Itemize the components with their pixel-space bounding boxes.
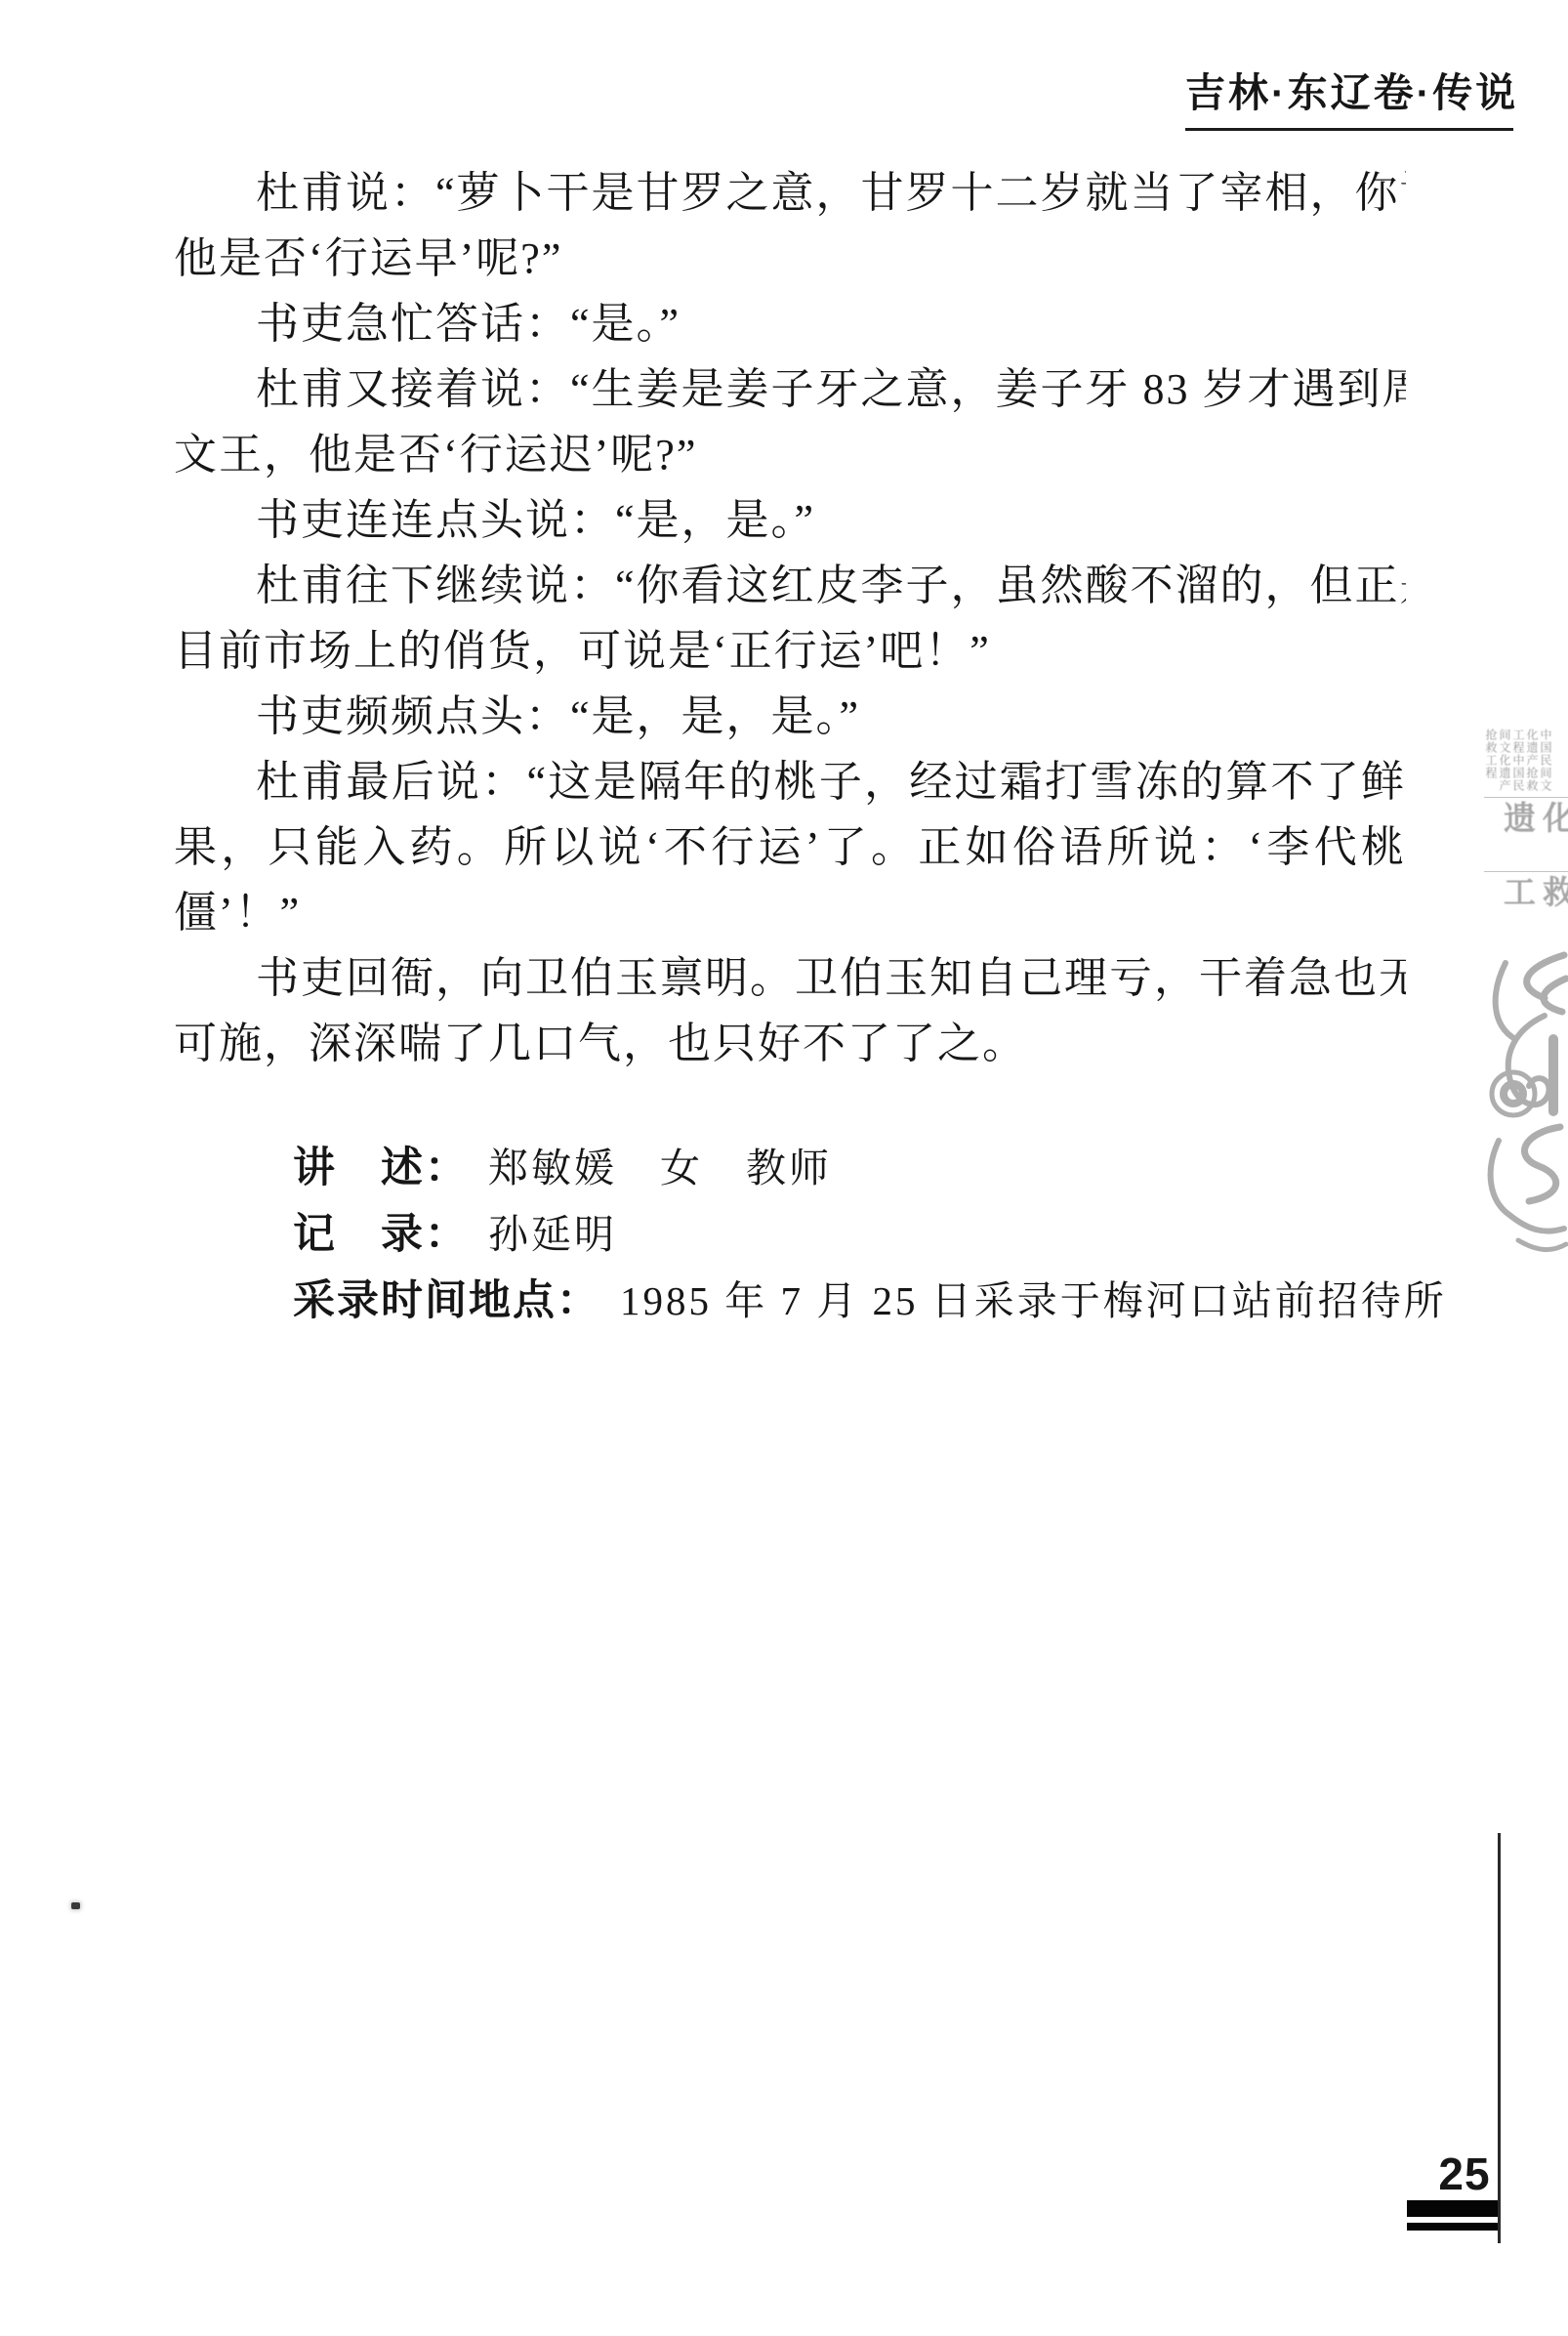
story-line: 杜甫最后说：“这是隔年的桃子，经过霜打雪冻的算不了鲜 xyxy=(174,749,1406,814)
edge-stamp-small-text: 中国民间文化遗产抢救工程中国民间文化遗产抢救工程 xyxy=(1484,729,1552,793)
footer-bar-thin xyxy=(1407,2223,1501,2231)
story-line: 杜甫又接着说：“生姜是姜子牙之意，姜子牙 83 岁才遇到周 xyxy=(174,356,1406,422)
story-line: 目前市场上的俏货，可说是‘正行运’吧！” xyxy=(174,618,1406,684)
story-line: 杜甫往下继续说：“你看这红皮李子，虽然酸不溜的，但正是 xyxy=(174,553,1406,618)
page-edge-line xyxy=(1498,1833,1501,2243)
story-text: 杜甫说：“萝卜干是甘罗之意，甘罗十二岁就当了宰相，你说 他是否‘行运早’呢?” … xyxy=(174,160,1406,1076)
story-line: 杜甫说：“萝卜干是甘罗之意，甘罗十二岁就当了宰相，你说 xyxy=(174,160,1406,226)
edge-stamp-fragment: 抢救工 xyxy=(1498,875,1568,941)
attribution-recorder: 记 录：孙延明 xyxy=(293,1201,1445,1268)
attribution-label: 采录时间地点： xyxy=(293,1277,600,1324)
edge-stamp-fragment: 文化遗 xyxy=(1498,801,1568,867)
story-line: 书吏回衙，向卫伯玉禀明。卫伯玉知自己理亏，干着急也无计 xyxy=(174,945,1406,1011)
story-line: 文王，他是否‘行运迟’呢?” xyxy=(174,422,1406,487)
story-line: 书吏连连点头说：“是，是。” xyxy=(174,487,1406,553)
story-line: 他是否‘行运早’呢?” xyxy=(174,226,1406,291)
story-line: 可施，深深喘了几口气，也只好不了了之。 xyxy=(174,1011,1406,1076)
folk-art-stamp-icon xyxy=(1484,945,1568,1256)
attribution-value: 1985 年 7 月 25 日采录于梅河口站前招待所 xyxy=(620,1278,1445,1323)
story-line: 僵’！” xyxy=(174,880,1406,945)
page-number: 25 xyxy=(1427,2149,1502,2198)
story-line: 书吏急忙答话：“是。” xyxy=(174,291,1406,356)
running-head: 吉林·东辽卷·传说 xyxy=(1185,61,1513,131)
edge-stamp-divider xyxy=(1484,797,1568,798)
scan-speck xyxy=(71,1902,80,1909)
attribution-time-place: 采录时间地点：1985 年 7 月 25 日采录于梅河口站前招待所 xyxy=(293,1268,1445,1334)
edge-stamp-divider xyxy=(1484,871,1568,872)
story-line: 书吏频频点头：“是，是，是。” xyxy=(174,684,1406,749)
attribution-label: 记 录： xyxy=(293,1211,469,1258)
attribution-value: 郑敏媛 女 教师 xyxy=(488,1146,832,1190)
footer-bar-thick xyxy=(1407,2200,1501,2217)
attribution-value: 孙延明 xyxy=(488,1212,617,1257)
attribution-label: 讲 述： xyxy=(293,1145,469,1191)
story-line: 果，只能入药。所以说‘不行运’了。正如俗语所说：‘李代桃 xyxy=(174,814,1406,880)
attribution-narrator: 讲 述：郑敏媛 女 教师 xyxy=(293,1135,1445,1201)
edge-stamp: 中国民间文化遗产抢救工程中国民间文化遗产抢救工程 文化遗 抢救工 xyxy=(1484,729,1568,1268)
attribution-block: 讲 述：郑敏媛 女 教师 记 录：孙延明 采录时间地点：1985 年 7 月 2… xyxy=(293,1135,1445,1334)
